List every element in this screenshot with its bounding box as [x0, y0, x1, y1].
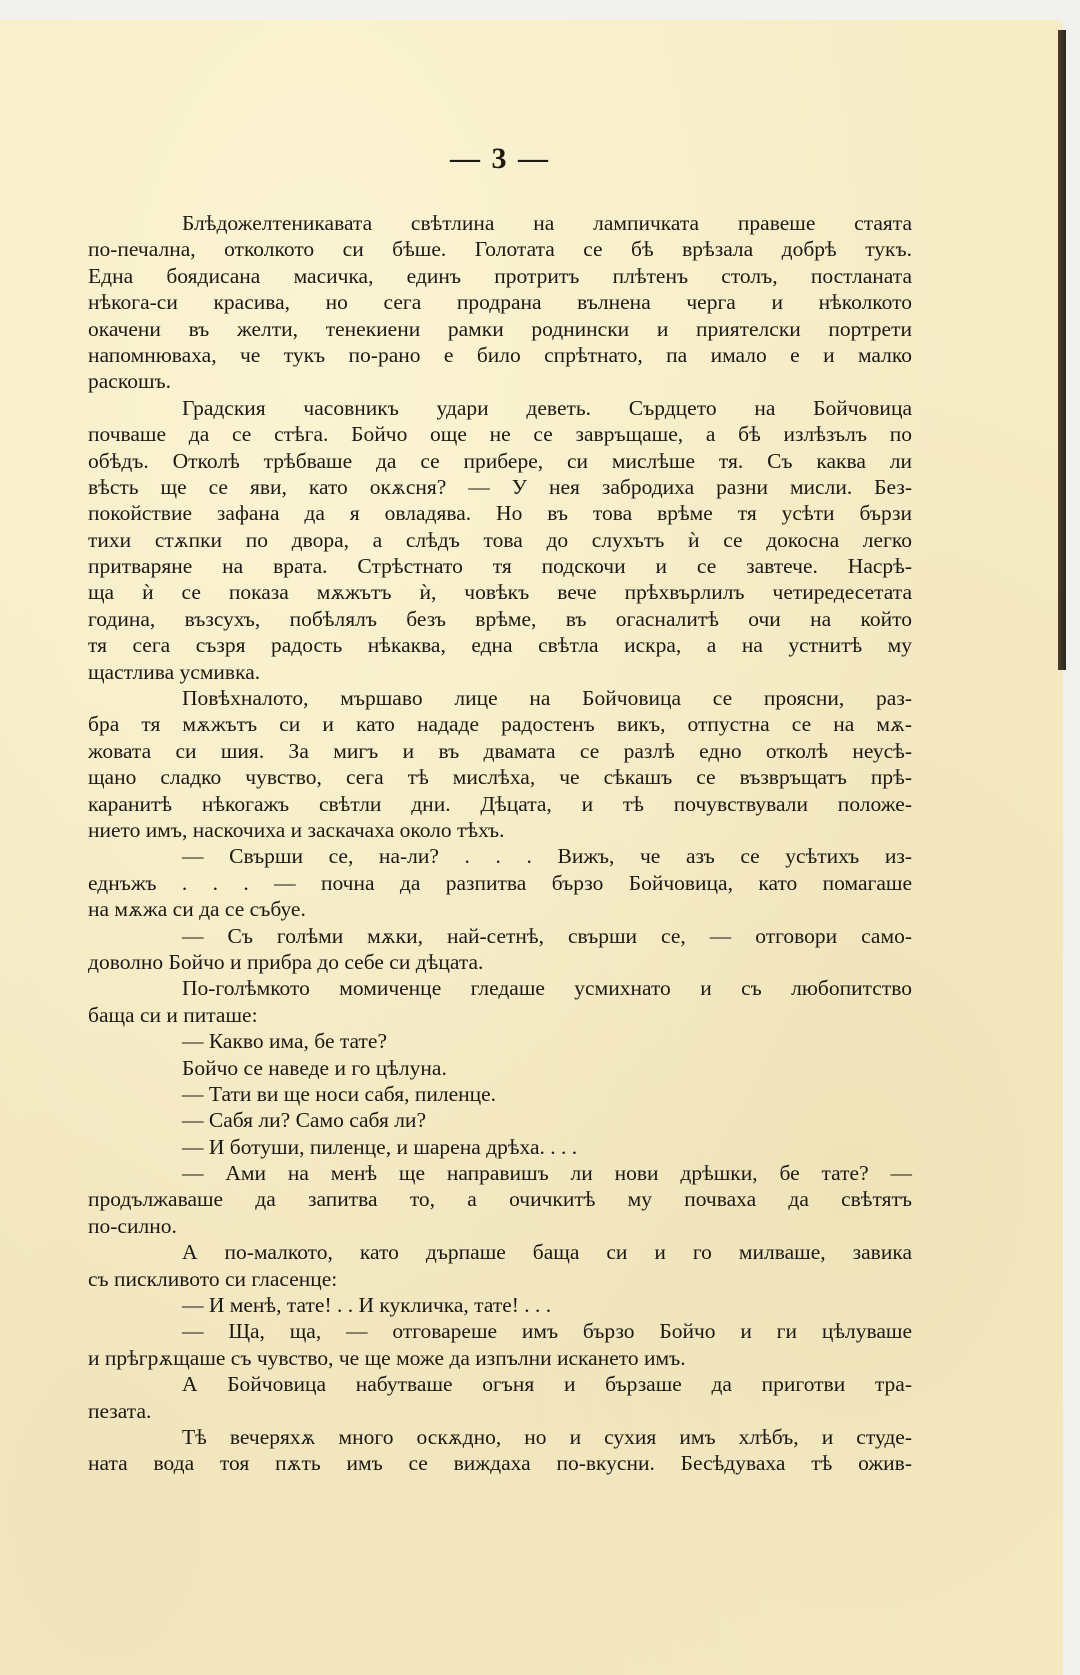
text-line: пезата. — [88, 1398, 912, 1424]
text-line: по-печална, отколкото си бѣше. Голотата … — [88, 236, 912, 262]
text-line: По-голѣмкото момиченце гледаше усмихнато… — [88, 975, 912, 1001]
text-line: — Свърши се, на-ли? . . . Вижъ, че азъ с… — [88, 843, 912, 869]
paragraph: А по-малкото, като дърпаше баща си и го … — [88, 1239, 912, 1292]
text-line: еднъжъ . . . — почна да разпитва бързо Б… — [88, 870, 912, 896]
text-line: доволно Бойчо и прибра до себе си дѣцата… — [88, 949, 912, 975]
dialog-line: — И менѣ, тате! . . И кукличка, тате! . … — [88, 1292, 912, 1318]
paragraph: — Ами на менѣ ще направишъ ли нови дрѣшк… — [88, 1160, 912, 1239]
text-line: съ пискливото си гласенце: — [88, 1266, 912, 1292]
text-line: раскошъ. — [88, 368, 912, 394]
text-line: баща си и питаше: — [88, 1002, 912, 1028]
text-line: — Съ голѣми мѫки, най-сетнѣ, свърши се, … — [88, 923, 912, 949]
text-line: Градския часовникъ удари деветь. Сърдцет… — [88, 395, 912, 421]
dialog-line: — Какво има, бе тате? — [88, 1028, 912, 1054]
text-line: и прѣгрѫщаше съ чувство, че ще може да и… — [88, 1345, 912, 1371]
body-text: Блѣдожелтеникавата свѣтлина на лампичкат… — [88, 210, 912, 1477]
text-line: нието имъ, наскочиха и заскачаха около т… — [88, 817, 912, 843]
spine-shadow — [1058, 30, 1066, 670]
paragraph: А Бойчовица набутваше огъня и бързаше да… — [88, 1371, 912, 1424]
paragraph: Тѣ вечеряхѫ много оскѫдно, но и сухия им… — [88, 1424, 912, 1477]
text-line: — Тати ви ще носи сабя, пиленце. — [88, 1081, 912, 1107]
text-line: Повѣхналото, мършаво лице на Бойчовица с… — [88, 685, 912, 711]
text-line: каранитѣ нѣкогажъ свѣтли дни. Дѣцата, и … — [88, 791, 912, 817]
book-page: — 3 — Блѣдожелтеникавата свѣтлина на лам… — [0, 20, 1063, 1675]
text-line: ща ѝ се показа мѫжътъ ѝ, човѣкъ вече прѣ… — [88, 579, 912, 605]
text-line: — Ами на менѣ ще направишъ ли нови дрѣшк… — [88, 1160, 912, 1186]
text-line: година, възсухъ, побѣлялъ безъ врѣме, въ… — [88, 606, 912, 632]
text-line: напомнюваха, че тукъ по-рано е било спрѣ… — [88, 342, 912, 368]
dialog-line: — И ботуши, пиленце, и шарена дрѣха. . .… — [88, 1134, 912, 1160]
dialog-line: — Сабя ли? Само сабя ли? — [88, 1107, 912, 1133]
text-line: — Сабя ли? Само сабя ли? — [88, 1107, 912, 1133]
text-line: Една боядисана масичка, единъ протритъ п… — [88, 263, 912, 289]
text-line: бра тя мѫжътъ си и като нададе радостенъ… — [88, 711, 912, 737]
text-line: А по-малкото, като дърпаше баща си и го … — [88, 1239, 912, 1265]
text-line: Тѣ вечеряхѫ много оскѫдно, но и сухия им… — [88, 1424, 912, 1450]
paragraph: — Ща, ща, — отговареше имъ бързо Бойчо и… — [88, 1318, 912, 1371]
text-line: щастлива усмивка. — [88, 659, 912, 685]
text-line: ната вода тоя пѫть имъ се виждаха по-вку… — [88, 1450, 912, 1476]
text-line: на мѫжа си да се събуе. — [88, 896, 912, 922]
paragraph: Блѣдожелтеникавата свѣтлина на лампичкат… — [88, 210, 912, 395]
dialog-line: — Тати ви ще носи сабя, пиленце. — [88, 1081, 912, 1107]
text-line: покойствие зафана да я овладява. Но въ т… — [88, 500, 912, 526]
text-line: — Ща, ща, — отговареше имъ бързо Бойчо и… — [88, 1318, 912, 1344]
text-line: притваряне на врата. Стрѣстнато тя подск… — [88, 553, 912, 579]
paragraph: Градския часовникъ удари деветь. Сърдцет… — [88, 395, 912, 685]
text-line: Бойчо се наведе и го цѣлуна. — [88, 1055, 912, 1081]
page-number: — 3 — — [0, 142, 1000, 176]
text-line: нѣкога-си красива, но сега продрана вълн… — [88, 289, 912, 315]
paragraph: По-голѣмкото момиченце гледаше усмихнато… — [88, 975, 912, 1028]
text-line: тя сега съзря радость нѣкаква, една свѣт… — [88, 632, 912, 658]
text-line: — Какво има, бе тате? — [88, 1028, 912, 1054]
text-line: тихи стѫпки по двора, а слѣдъ това до сл… — [88, 527, 912, 553]
text-line: обѣдъ. Отколѣ трѣбваше да се прибере, си… — [88, 448, 912, 474]
text-line: жовата си шия. За мигъ и въ двамата се р… — [88, 738, 912, 764]
paragraph: — Съ голѣми мѫки, най-сетнѣ, свърши се, … — [88, 923, 912, 976]
text-line: — И менѣ, тате! . . И кукличка, тате! . … — [88, 1292, 912, 1318]
text-line: вѣсть ще се яви, като окѫсня? — У нея за… — [88, 474, 912, 500]
text-line: продължаваше да запитва то, а очичкитѣ м… — [88, 1186, 912, 1212]
text-line: А Бойчовица набутваше огъня и бързаше да… — [88, 1371, 912, 1397]
text-line: по-силно. — [88, 1213, 912, 1239]
text-line: щано сладко чувство, сега тѣ мислѣха, че… — [88, 764, 912, 790]
text-line: Блѣдожелтеникавата свѣтлина на лампичкат… — [88, 210, 912, 236]
text-line: — И ботуши, пиленце, и шарена дрѣха. . .… — [88, 1134, 912, 1160]
text-line: почваше да се стѣга. Бойчо още не се зав… — [88, 421, 912, 447]
dialog-line: Бойчо се наведе и го цѣлуна. — [88, 1055, 912, 1081]
paragraph: — Свърши се, на-ли? . . . Вижъ, че азъ с… — [88, 843, 912, 922]
text-line: окачени въ желти, тенекиени рамки роднин… — [88, 316, 912, 342]
paragraph: Повѣхналото, мършаво лице на Бойчовица с… — [88, 685, 912, 843]
